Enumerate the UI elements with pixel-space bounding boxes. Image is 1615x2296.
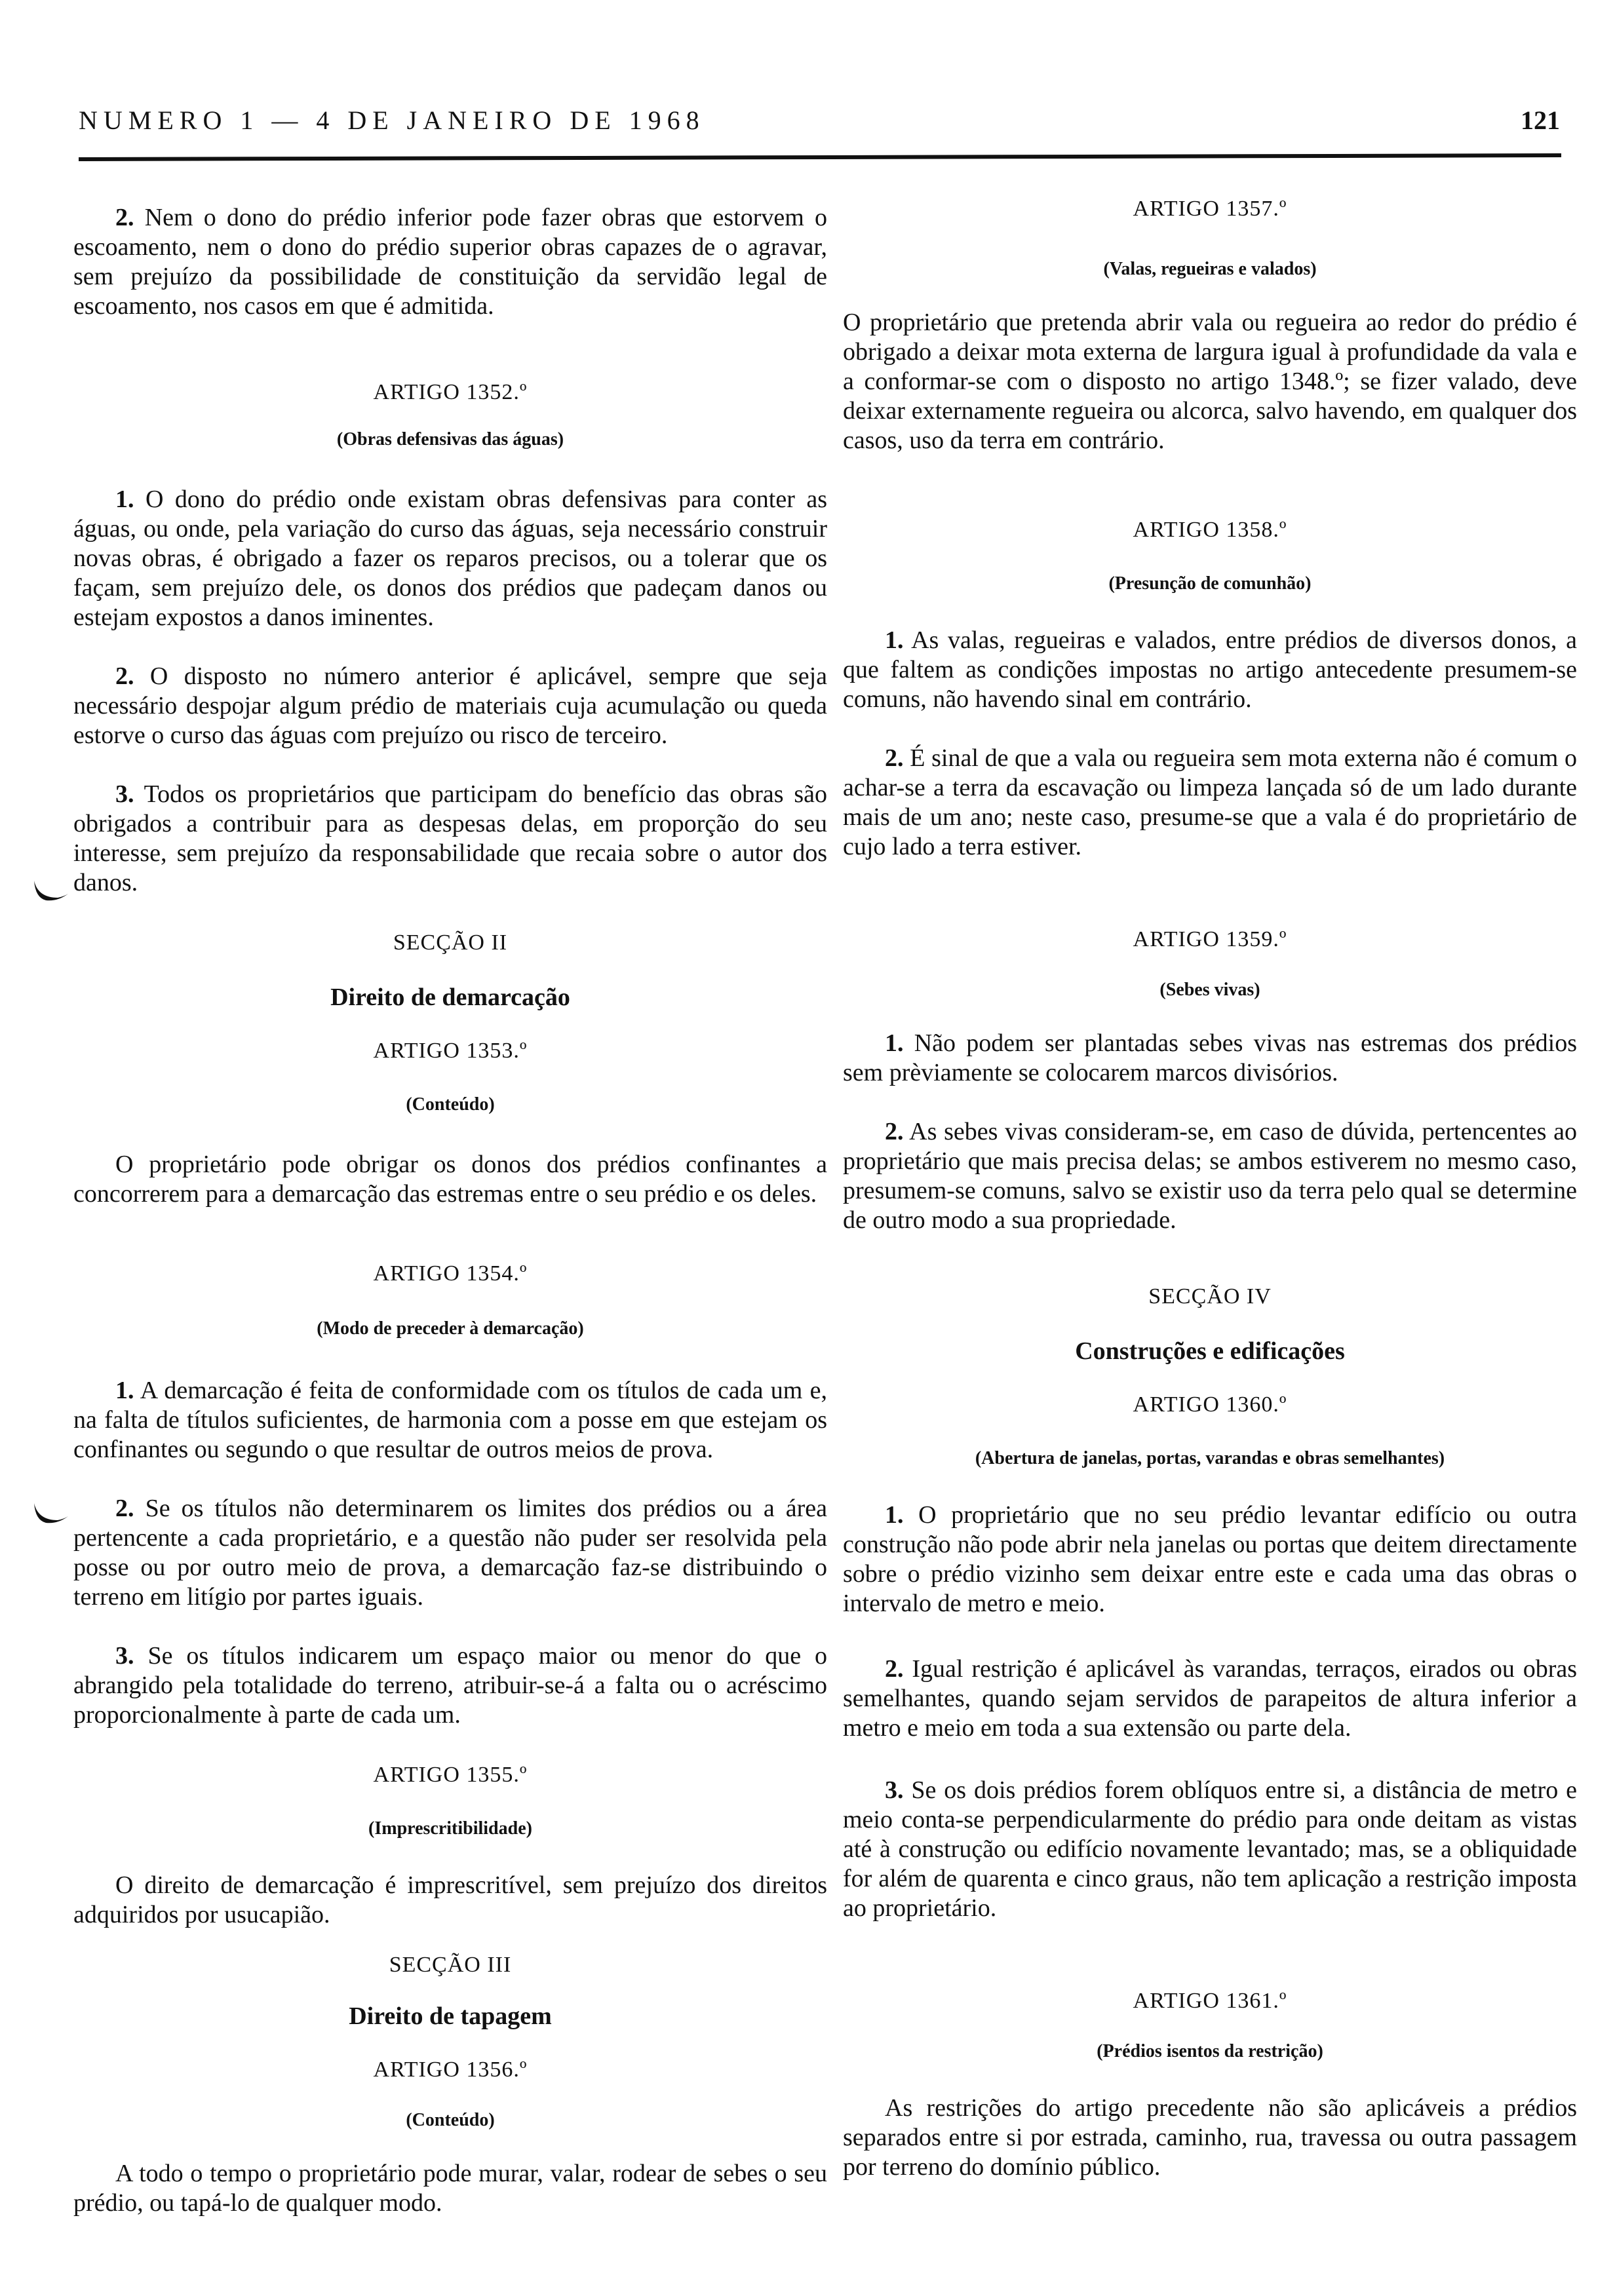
article-rubric: (Valas, regueiras e valados) bbox=[843, 259, 1577, 280]
paragraph: As restrições do artigo precedente não s… bbox=[843, 2094, 1577, 2182]
paragraph-text: Todos os proprietários que participam do… bbox=[73, 780, 827, 896]
article-rubric: (Modo de preceder à demarcação) bbox=[73, 1318, 827, 1339]
article-heading: ARTIGO 1352.º bbox=[73, 380, 827, 405]
article-rubric: (Prédios isentos da restrição) bbox=[843, 2041, 1577, 2062]
article-heading: ARTIGO 1356.º bbox=[73, 2057, 827, 2082]
article-rubric: (Conteúdo) bbox=[73, 2110, 827, 2131]
paragraph: 2. Igual restrição é aplicável às varand… bbox=[843, 1655, 1577, 1743]
article-heading: ARTIGO 1354.º bbox=[73, 1261, 827, 1286]
article-rubric: (Presunção de comunhão) bbox=[843, 573, 1577, 594]
paragraph: O direito de demarcação é imprescritível… bbox=[73, 1871, 827, 1930]
page-header: NUMERO 1 — 4 DE JANEIRO DE 1968 121 bbox=[79, 105, 1560, 144]
paragraph: 2. Nem o dono do prédio inferior pode fa… bbox=[73, 203, 827, 321]
paragraph-number: 1. bbox=[885, 1029, 904, 1057]
paragraph: 1. O proprietário que no seu prédio leva… bbox=[843, 1501, 1577, 1618]
section-label: SECÇÃO IV bbox=[843, 1284, 1577, 1309]
paragraph: 1. As valas, regueiras e valados, entre … bbox=[843, 626, 1577, 714]
paragraph-number: 2. bbox=[115, 204, 134, 231]
paragraph-text: As sebes vivas consideram-se, em caso de… bbox=[843, 1118, 1577, 1234]
paragraph: 3. Se os dois prédios forem oblíquos ent… bbox=[843, 1776, 1577, 1923]
paragraph: 2. Se os títulos não determinarem os lim… bbox=[73, 1494, 827, 1612]
article-heading: ARTIGO 1360.º bbox=[843, 1392, 1577, 1417]
gazette-page: NUMERO 1 — 4 DE JANEIRO DE 1968 121 2. N… bbox=[0, 0, 1615, 2296]
article-heading: ARTIGO 1359.º bbox=[843, 927, 1577, 952]
paragraph-text: As restrições do artigo precedente não s… bbox=[843, 2094, 1577, 2181]
paragraph-text: Nem o dono do prédio inferior pode fazer… bbox=[73, 204, 827, 320]
paragraph: A todo o tempo o proprietário pode murar… bbox=[73, 2159, 827, 2218]
article-rubric: (Abertura de janelas, portas, varandas e… bbox=[843, 1448, 1577, 1469]
article-heading: ARTIGO 1355.º bbox=[73, 1763, 827, 1788]
paragraph-text: Não podem ser plantadas sebes vivas nas … bbox=[843, 1029, 1577, 1086]
paragraph-number: 3. bbox=[115, 1642, 134, 1670]
paragraph: 1. Não podem ser plantadas sebes vivas n… bbox=[843, 1029, 1577, 1088]
section-title: Direito de tapagem bbox=[73, 2002, 827, 2031]
paragraph-text: O proprietário pode obrigar os donos dos… bbox=[73, 1151, 827, 1208]
paragraph-text: Se os títulos indicarem um espaço maior … bbox=[73, 1642, 827, 1729]
paragraph-text: As valas, regueiras e valados, entre pré… bbox=[843, 626, 1577, 713]
paragraph-text: Se os títulos não determinarem os limite… bbox=[73, 1495, 827, 1611]
section-label: SECÇÃO III bbox=[73, 1953, 827, 1978]
article-rubric: (Obras defensivas das águas) bbox=[73, 429, 827, 450]
article-rubric: (Conteúdo) bbox=[73, 1094, 827, 1115]
paragraph: 2. O disposto no número anterior é aplic… bbox=[73, 662, 827, 750]
margin-mark-icon bbox=[31, 1501, 71, 1527]
article-heading: ARTIGO 1357.º bbox=[843, 197, 1577, 221]
paragraph: 2. As sebes vivas consideram-se, em caso… bbox=[843, 1117, 1577, 1235]
header-rule bbox=[79, 153, 1561, 161]
paragraph-number: 1. bbox=[885, 626, 904, 654]
paragraph-number: 1. bbox=[115, 1377, 134, 1404]
paragraph-number: 1. bbox=[885, 1501, 904, 1529]
paragraph-number: 3. bbox=[885, 1776, 904, 1804]
article-heading: ARTIGO 1361.º bbox=[843, 1989, 1577, 2014]
section-title: Direito de demarcação bbox=[73, 983, 827, 1012]
paragraph: O proprietário pode obrigar os donos dos… bbox=[73, 1150, 827, 1209]
article-rubric: (Sebes vivas) bbox=[843, 980, 1577, 1001]
paragraph-text: É sinal de que a vala ou regueira sem mo… bbox=[843, 744, 1577, 860]
paragraph: 2. É sinal de que a vala ou regueira sem… bbox=[843, 744, 1577, 862]
paragraph-text: Se os dois prédios forem oblíquos entre … bbox=[843, 1776, 1577, 1922]
section-title: Construções e edificações bbox=[843, 1337, 1577, 1366]
paragraph-text: O proprietário que no seu prédio levanta… bbox=[843, 1501, 1577, 1617]
page-number: 121 bbox=[1521, 105, 1560, 136]
paragraph-text: O disposto no número anterior é aplicáve… bbox=[73, 662, 827, 749]
paragraph-text: O proprietário que pretenda abrir vala o… bbox=[843, 309, 1577, 454]
article-heading: ARTIGO 1353.º bbox=[73, 1039, 827, 1063]
paragraph-number: 2. bbox=[115, 1495, 134, 1522]
paragraph-text: O dono do prédio onde existam obras defe… bbox=[73, 486, 827, 631]
article-heading: ARTIGO 1358.º bbox=[843, 518, 1577, 543]
paragraph: 1. A demarcação é feita de conformidade … bbox=[73, 1376, 827, 1464]
section-label: SECÇÃO II bbox=[73, 930, 827, 955]
paragraph: O proprietário que pretenda abrir vala o… bbox=[843, 308, 1577, 455]
paragraph-text: O direito de demarcação é imprescritível… bbox=[73, 1871, 827, 1928]
paragraph-number: 2. bbox=[885, 1655, 904, 1683]
paragraph-number: 2. bbox=[115, 662, 134, 690]
paragraph-number: 2. bbox=[885, 744, 904, 772]
paragraph: 3. Se os títulos indicarem um espaço mai… bbox=[73, 1641, 827, 1730]
paragraph-text: A demarcação é feita de conformidade com… bbox=[73, 1377, 827, 1463]
paragraph-number: 2. bbox=[885, 1118, 904, 1145]
paragraph-number: 1. bbox=[115, 486, 134, 513]
margin-mark-icon bbox=[31, 878, 71, 904]
article-rubric: (Imprescritibilidade) bbox=[73, 1818, 827, 1839]
issue-title: NUMERO 1 — 4 DE JANEIRO DE 1968 bbox=[79, 105, 705, 136]
paragraph-number: 3. bbox=[115, 780, 134, 808]
paragraph-text: A todo o tempo o proprietário pode murar… bbox=[73, 2160, 827, 2217]
paragraph: 1. O dono do prédio onde existam obras d… bbox=[73, 485, 827, 632]
paragraph-text: Igual restrição é aplicável às varandas,… bbox=[843, 1655, 1577, 1742]
paragraph: 3. Todos os proprietários que participam… bbox=[73, 780, 827, 898]
